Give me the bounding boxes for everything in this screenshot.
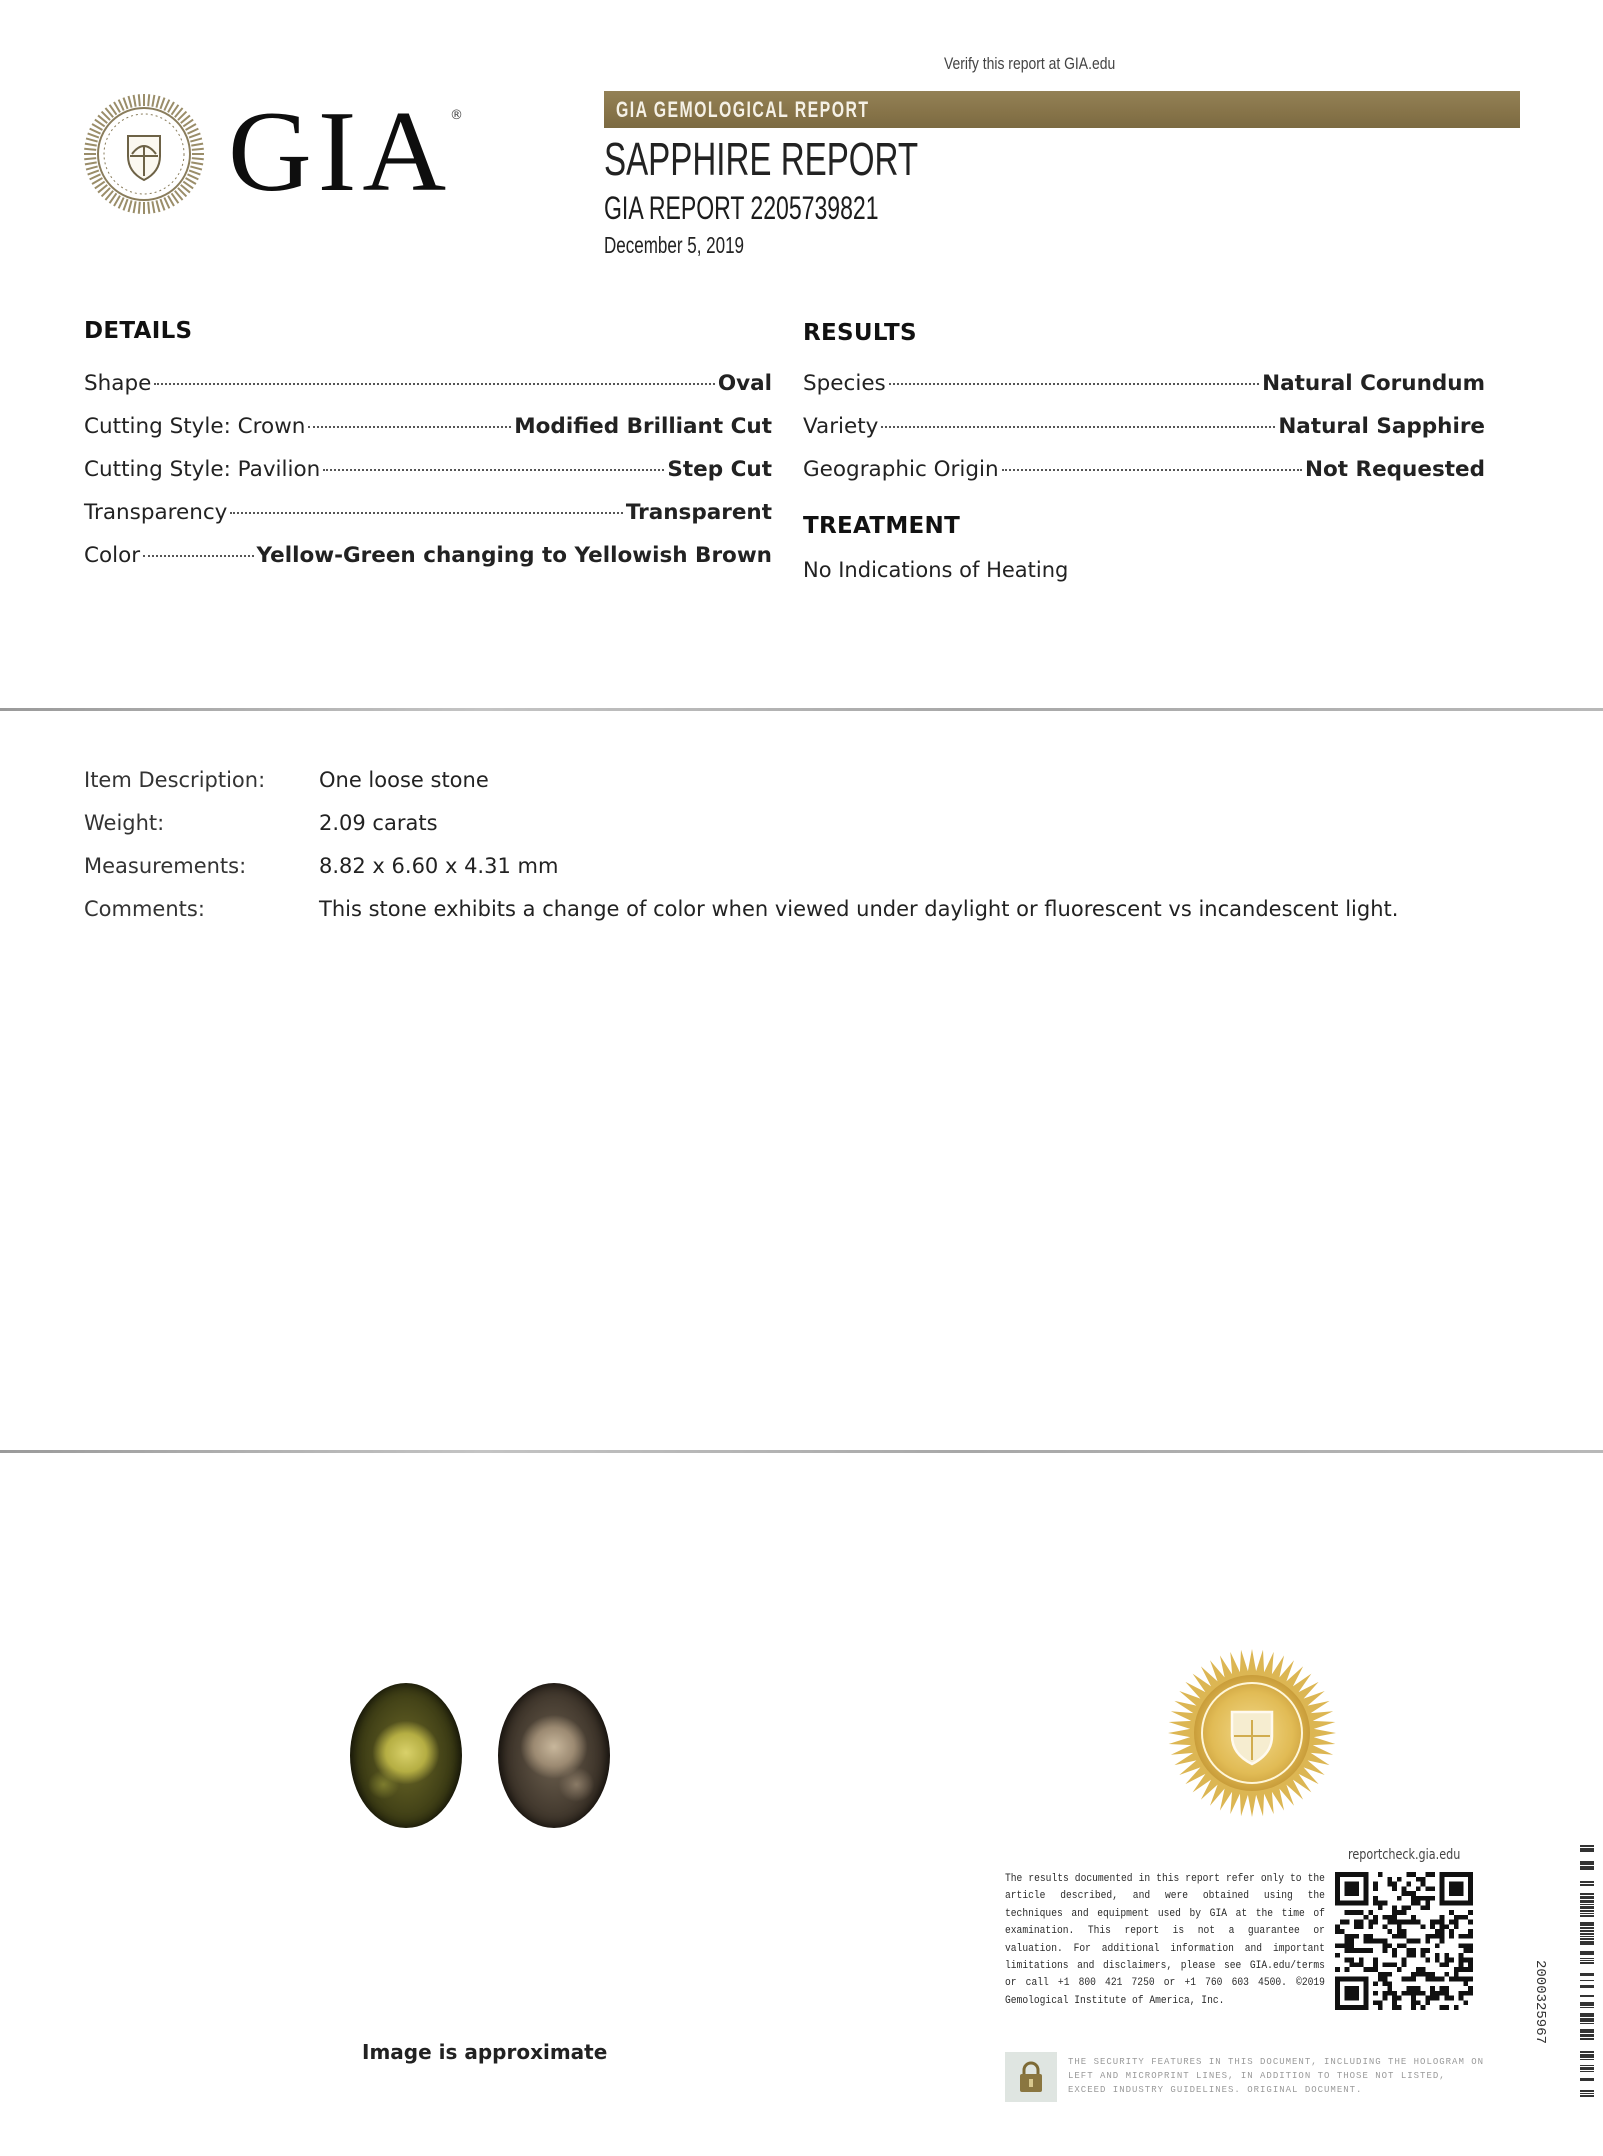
details-list: ShapeOval Cutting Style: CrownModified B… (84, 371, 772, 586)
detail-label: Cutting Style: Pavilion (84, 457, 320, 482)
leader-dots (154, 383, 715, 385)
info-value: This stone exhibits a change of color wh… (319, 897, 1398, 940)
info-row-description: Item Description: One loose stone (84, 768, 1398, 811)
image-caption: Image is approximate (362, 2040, 607, 2064)
result-row-origin: Geographic OriginNot Requested (803, 457, 1485, 500)
detail-row-shape: ShapeOval (84, 371, 772, 414)
result-row-species: SpeciesNatural Corundum (803, 371, 1485, 414)
detail-value: Modified Brilliant Cut (514, 414, 772, 439)
result-value: Natural Corundum (1262, 371, 1485, 396)
barcode-icon (1580, 1845, 1594, 2097)
qr-code-icon[interactable] (1335, 1872, 1473, 2010)
detail-value: Transparent (626, 500, 772, 525)
gemstone-image-daylight (350, 1683, 462, 1828)
info-value: 2.09 carats (319, 811, 438, 854)
results-list: SpeciesNatural Corundum VarietyNatural S… (803, 371, 1485, 500)
report-date: December 5, 2019 (604, 232, 744, 259)
gia-logo: GIA (228, 92, 452, 212)
result-value: Natural Sapphire (1278, 414, 1485, 439)
detail-label: Cutting Style: Crown (84, 414, 305, 439)
detail-label: Shape (84, 371, 151, 396)
detail-value: Step Cut (667, 457, 772, 482)
report-title: SAPPHIRE REPORT (604, 132, 918, 186)
details-heading: DETAILS (84, 318, 192, 344)
treatment-value: No Indications of Heating (803, 558, 1068, 582)
report-band-label: GIA GEMOLOGICAL REPORT (616, 97, 869, 123)
gemstone-image-incandescent (498, 1683, 610, 1828)
side-serial-number: 2000325967 (1532, 1960, 1548, 2044)
detail-value: Oval (718, 371, 772, 396)
result-label: Species (803, 371, 886, 396)
info-label: Weight: (84, 811, 319, 854)
leader-dots (143, 555, 253, 557)
info-label: Item Description: (84, 768, 319, 811)
detail-row-transparency: TransparencyTransparent (84, 500, 772, 543)
detail-label: Color (84, 543, 140, 568)
leader-dots (881, 426, 1275, 428)
result-label: Geographic Origin (803, 457, 999, 482)
detail-row-crown: Cutting Style: CrownModified Brilliant C… (84, 414, 772, 457)
result-label: Variety (803, 414, 878, 439)
detail-value: Yellow-Green changing to Yellowish Brown (257, 543, 772, 568)
report-number: GIA REPORT 2205739821 (604, 190, 879, 227)
info-row-comments: Comments: This stone exhibits a change o… (84, 897, 1398, 940)
info-value: 8.82 x 6.60 x 4.31 mm (319, 854, 558, 897)
detail-row-color: ColorYellow-Green changing to Yellowish … (84, 543, 772, 586)
lock-icon (1016, 2060, 1046, 2094)
section-divider (0, 708, 1603, 711)
disclaimer-text: The results documented in this report re… (1005, 1871, 1325, 2010)
info-row-weight: Weight: 2.09 carats (84, 811, 1398, 854)
result-value: Not Requested (1305, 457, 1485, 482)
info-row-measurements: Measurements: 8.82 x 6.60 x 4.31 mm (84, 854, 1398, 897)
treatment-heading: TREATMENT (803, 513, 960, 539)
detail-label: Transparency (84, 500, 227, 525)
registered-mark: ® (450, 108, 463, 123)
section-divider (0, 1450, 1603, 1453)
info-label: Comments: (84, 897, 319, 940)
gold-seal-icon (1167, 1648, 1337, 1818)
security-notice: THE SECURITY FEATURES IN THIS DOCUMENT, … (1068, 2055, 1488, 2097)
leader-dots (889, 383, 1259, 385)
leader-dots (308, 426, 511, 428)
verify-link[interactable]: Verify this report at GIA.edu (944, 54, 1115, 74)
leader-dots (323, 469, 664, 471)
item-info: Item Description: One loose stone Weight… (84, 768, 1398, 940)
gia-seal-icon (82, 92, 206, 216)
info-label: Measurements: (84, 854, 319, 897)
info-value: One loose stone (319, 768, 489, 811)
hologram-badge (1005, 2052, 1057, 2102)
leader-dots (1002, 469, 1302, 471)
detail-row-pavilion: Cutting Style: PavilionStep Cut (84, 457, 772, 500)
reportcheck-link[interactable]: reportcheck.gia.edu (1348, 1847, 1460, 1863)
leader-dots (230, 512, 622, 514)
result-row-variety: VarietyNatural Sapphire (803, 414, 1485, 457)
results-heading: RESULTS (803, 320, 917, 346)
